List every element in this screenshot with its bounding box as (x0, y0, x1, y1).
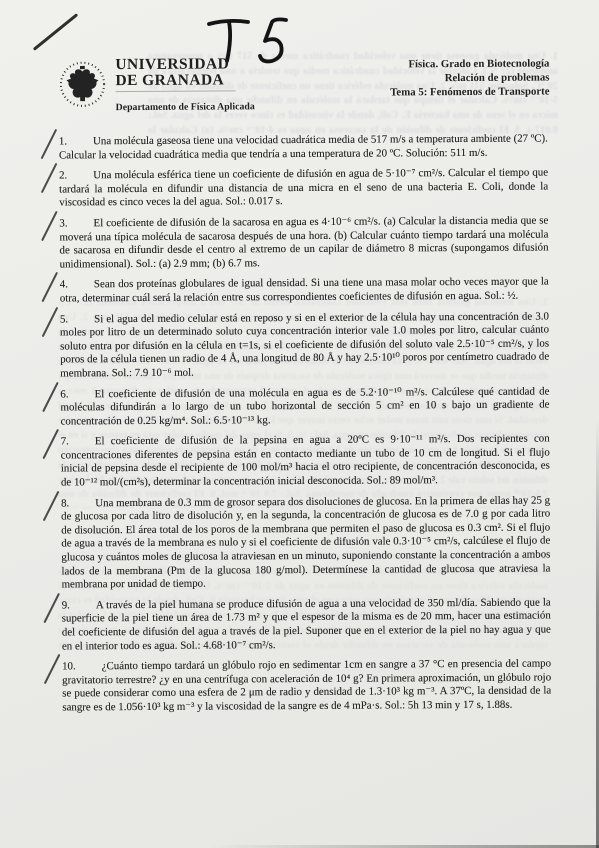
problem-number: 8. (61, 497, 69, 509)
handwritten-check-slash (43, 593, 60, 623)
problem-text: Sean dos proteínas globulares de igual d… (60, 276, 549, 305)
problem-text: El coeficiente de difusión de la sacaros… (59, 214, 548, 270)
problem-item: 6.El coeficiente de difusión de una molé… (60, 385, 549, 429)
handwritten-check-slash (41, 163, 58, 193)
problem-number: 1. (59, 135, 67, 147)
topic-title: Tema 5: Fenómenos de Transporte (390, 85, 549, 100)
problem-text: Una molécula gaseosa tiene una velocidad… (59, 132, 548, 161)
problem-item: 7.El coeficiente de difusión de la pepsi… (61, 433, 550, 490)
problem-item: 10.¿Cuánto tiempo tardará un glóbulo roj… (62, 658, 551, 715)
course-info: Física. Grado en Biotecnología Relación … (390, 56, 550, 100)
problem-number: 6. (60, 388, 68, 400)
university-name-line2: DE GRANADA (115, 72, 254, 88)
document-header: UNIVERSIDAD DE GRANADA Departamento de F… (0, 0, 599, 114)
problem-item: 1.Una molécula gaseosa tiene una velocid… (59, 132, 548, 162)
problem-item: 5.Si el agua del medio celular está en r… (60, 310, 549, 381)
problem-item: 3.El coeficiente de difusión de la sacar… (59, 214, 548, 271)
problem-number: 7. (61, 436, 69, 448)
problem-number: 5. (60, 313, 68, 325)
university-name-line1: UNIVERSIDAD (115, 56, 254, 72)
department-name: Departamento de Física Aplicada (116, 101, 255, 113)
university-seal-icon (58, 58, 106, 110)
handwritten-check-slash (41, 129, 58, 159)
problem-text: El coeficiente de difusión de la pepsina… (61, 433, 550, 489)
scanned-problem-sheet: 1. Una molécula gaseosa tiene una veloci… (0, 0, 599, 848)
problem-number: 9. (62, 599, 70, 611)
handwritten-check-slash (44, 654, 61, 684)
handwritten-check-slash (42, 381, 59, 411)
problem-number: 10. (62, 661, 76, 673)
handwritten-check-slash (42, 306, 59, 336)
divider-line (116, 90, 236, 92)
problem-item: 2.Una molécula esférica tiene un coefici… (59, 167, 548, 211)
problem-item: 4.Sean dos proteínas globulares de igual… (60, 276, 549, 306)
course-title: Física. Grado en Biotecnología (390, 56, 549, 71)
university-name: UNIVERSIDAD DE GRANADA (115, 56, 254, 88)
problem-item: 9.A través de la piel humana se produce … (62, 596, 551, 653)
handwritten-check-slash (41, 211, 58, 241)
problem-text: ¿Cuánto tiempo tardará un glóbulo rojo e… (62, 658, 551, 714)
problem-text: El coeficiente de difusión de una molécu… (60, 385, 549, 427)
problem-number: 4. (60, 279, 68, 291)
problem-item: 8.Una membrana de 0.3 mm de grosor separ… (61, 494, 551, 592)
handwritten-check-slash (41, 272, 58, 302)
problem-number: 2. (59, 170, 67, 182)
problem-text: Una membrana de 0.3 mm de grosor separa … (61, 494, 550, 591)
problem-number: 3. (59, 217, 67, 229)
handwritten-check-slash (43, 490, 60, 520)
sheet-type: Relación de problemas (390, 71, 549, 86)
university-identity: UNIVERSIDAD DE GRANADA Departamento de F… (58, 56, 254, 113)
problem-text: A través de la piel humana se produce di… (62, 596, 551, 652)
problem-text: Si el agua del medio celular está en rep… (60, 310, 549, 379)
problems-list: 1.Una molécula gaseosa tiene una velocid… (59, 132, 552, 715)
handwritten-check-slash (42, 429, 59, 459)
problem-text: Una molécula esférica tiene un coeficien… (59, 167, 548, 209)
